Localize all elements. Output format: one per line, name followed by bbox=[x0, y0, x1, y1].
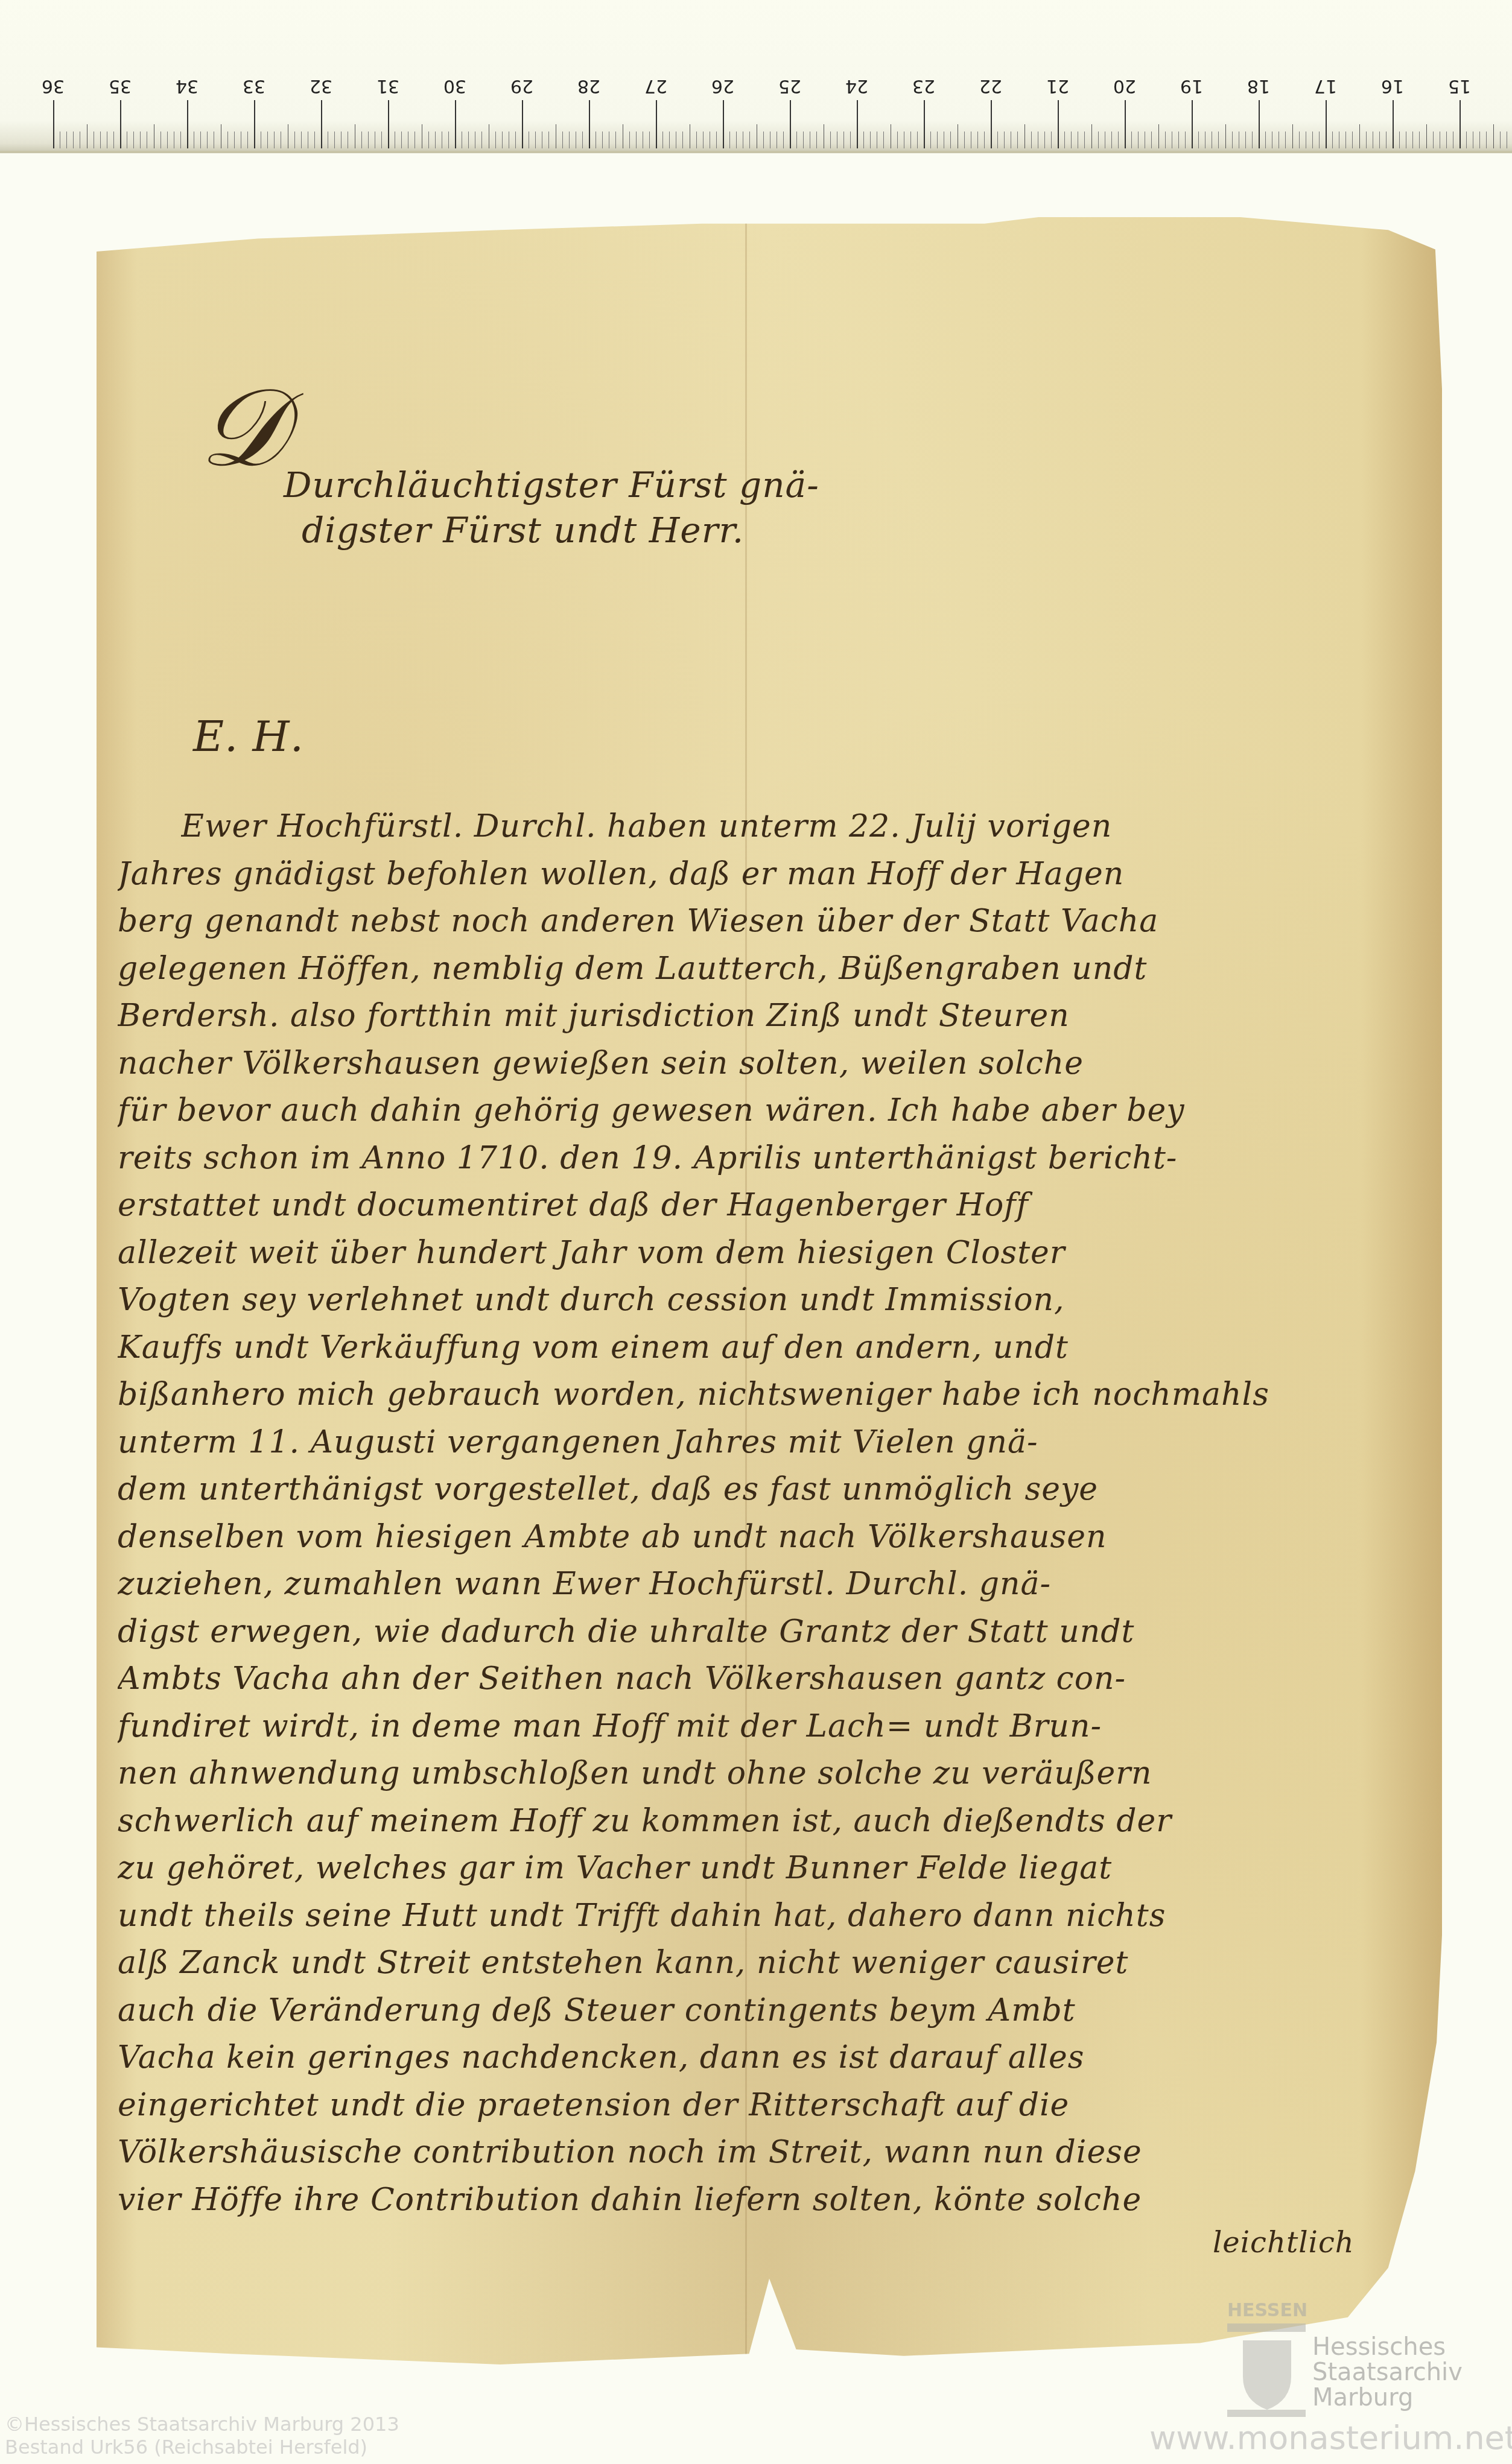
ruler-label: 33 bbox=[242, 75, 266, 97]
ruler-tick bbox=[777, 131, 777, 148]
ruler-tick bbox=[816, 131, 817, 148]
ruler-tick bbox=[529, 131, 529, 148]
collection-notice: Bestand Urk56 (Reichsabtei Hersfeld) bbox=[5, 2436, 367, 2459]
letter-line: alß Zanck undt Streit entstehen kann, ni… bbox=[118, 1945, 1348, 1981]
ruler-label: 17 bbox=[1313, 75, 1338, 97]
ruler-label: 22 bbox=[979, 75, 1003, 97]
ruler-tick bbox=[422, 124, 423, 148]
ruler-tick bbox=[1373, 131, 1373, 148]
ruler-tick bbox=[381, 131, 382, 148]
ruler-tick bbox=[368, 131, 369, 148]
ruler-label: 18 bbox=[1247, 75, 1271, 97]
ruler-tick bbox=[388, 100, 389, 148]
ruler-tick bbox=[154, 124, 155, 148]
ruler-tick bbox=[763, 131, 764, 148]
ruler-tick bbox=[120, 100, 121, 148]
ruler-tick bbox=[1024, 124, 1026, 148]
ruler-tick bbox=[917, 131, 918, 148]
ruler-tick bbox=[743, 131, 743, 148]
ruler-tick bbox=[1306, 131, 1306, 148]
ruler-tick bbox=[180, 131, 181, 148]
letter-line: denselben vom hiesigen Ambte ab undt nac… bbox=[118, 1519, 1348, 1555]
ruler-tick bbox=[428, 131, 429, 148]
ruler-tick bbox=[1131, 131, 1132, 148]
ruler-tick bbox=[783, 131, 784, 148]
measurement-ruler: 3635343332313029282726252423222120191817… bbox=[0, 0, 1512, 153]
ruler-tick bbox=[690, 124, 691, 148]
ruler-tick bbox=[1453, 131, 1453, 148]
ruler-tick bbox=[710, 131, 710, 148]
ruler-tick bbox=[1426, 124, 1428, 148]
ruler-tick bbox=[1386, 131, 1387, 148]
ruler-tick bbox=[435, 131, 436, 148]
ruler-tick bbox=[1078, 131, 1078, 148]
letter-line: Kauffs undt Verkäuffung vom einem auf de… bbox=[118, 1329, 1348, 1366]
ruler-tick bbox=[361, 131, 362, 148]
ruler-tick bbox=[502, 131, 503, 148]
website-watermark: www.monasterium.net bbox=[1149, 2419, 1512, 2457]
ruler-tick bbox=[703, 131, 704, 148]
ruler-label: 20 bbox=[1113, 75, 1137, 97]
ruler-tick bbox=[401, 131, 402, 148]
letter-line: nen ahnwendung umbschloßen undt ohne sol… bbox=[118, 1755, 1348, 1791]
ruler-tick bbox=[676, 131, 676, 148]
ruler-tick bbox=[522, 100, 523, 148]
ruler-tick bbox=[716, 131, 717, 148]
ruler-tick bbox=[830, 131, 831, 148]
ruler-tick bbox=[1031, 131, 1032, 148]
ruler-tick bbox=[53, 100, 54, 148]
ruler-tick bbox=[308, 131, 308, 148]
ruler-tick bbox=[950, 131, 951, 148]
ruler-tick bbox=[1299, 131, 1300, 148]
ruler-tick bbox=[824, 124, 825, 148]
ruler-tick bbox=[1125, 100, 1126, 148]
ruler-tick bbox=[1479, 131, 1480, 148]
ruler-tick bbox=[200, 131, 201, 148]
ruler-tick bbox=[596, 131, 596, 148]
ruler-label: 31 bbox=[376, 75, 400, 97]
watermark-line-2: Staatsarchiv bbox=[1312, 2360, 1463, 2385]
ruler-tick bbox=[355, 124, 356, 148]
ruler-tick bbox=[770, 131, 770, 148]
ruler-tick bbox=[1433, 131, 1434, 148]
ruler-tick bbox=[729, 131, 730, 148]
ruler-tick bbox=[863, 131, 864, 148]
ruler-tick bbox=[1058, 100, 1059, 148]
ruler-tick bbox=[1393, 100, 1394, 148]
ruler-tick bbox=[288, 124, 289, 148]
ruler-tick bbox=[669, 131, 670, 148]
ruler-tick bbox=[375, 131, 375, 148]
ruler-tick bbox=[194, 131, 194, 148]
ruler-tick bbox=[837, 131, 837, 148]
ruler-tick bbox=[1379, 131, 1380, 148]
ruler-tick bbox=[60, 131, 60, 148]
ruler-label: 26 bbox=[711, 75, 735, 97]
ruler-tick bbox=[589, 100, 590, 148]
ruler-tick bbox=[924, 100, 925, 148]
ruler-label: 27 bbox=[644, 75, 668, 97]
ruler-tick bbox=[301, 131, 302, 148]
ruler-tick bbox=[314, 131, 315, 148]
watermark-line-3: Marburg bbox=[1312, 2385, 1413, 2410]
ruler-tick bbox=[234, 131, 235, 148]
ruler-tick bbox=[1493, 124, 1495, 148]
ruler-tick bbox=[1406, 131, 1406, 148]
ruler-tick bbox=[1044, 131, 1045, 148]
ruler-tick bbox=[489, 124, 490, 148]
ruler-tick bbox=[1225, 124, 1227, 148]
ruler-tick bbox=[997, 131, 998, 148]
ruler-tick bbox=[140, 131, 141, 148]
watermark-line-1: Hessisches bbox=[1312, 2334, 1446, 2360]
ruler-tick bbox=[1239, 131, 1239, 148]
ruler-label: 16 bbox=[1380, 75, 1405, 97]
ruler-tick bbox=[334, 131, 335, 148]
ruler-tick bbox=[609, 131, 609, 148]
hessen-archive-logo-icon: HESSEN bbox=[1225, 2298, 1309, 2419]
ruler-tick bbox=[1446, 131, 1447, 148]
letter-line: fundiret wirdt, in deme man Hoff mit der… bbox=[118, 1708, 1348, 1744]
letter-line: unterm 11. Augusti vergangenen Jahres mi… bbox=[118, 1424, 1348, 1460]
ruler-tick bbox=[857, 100, 858, 148]
ruler-tick bbox=[964, 131, 965, 148]
ruler-tick bbox=[984, 131, 985, 148]
ruler-tick bbox=[803, 131, 804, 148]
ruler-tick bbox=[1486, 131, 1487, 148]
ruler-tick bbox=[1285, 131, 1286, 148]
ruler-tick bbox=[133, 131, 134, 148]
ruler-tick bbox=[1165, 131, 1166, 148]
ruler-tick bbox=[241, 131, 241, 148]
ruler-tick bbox=[582, 131, 583, 148]
letter-line: berg genandt nebst noch anderen Wiesen ü… bbox=[118, 903, 1348, 939]
ruler-tick bbox=[1084, 131, 1085, 148]
ruler-tick bbox=[629, 131, 630, 148]
ruler-tick bbox=[1205, 131, 1205, 148]
ruler-tick bbox=[1198, 131, 1199, 148]
ruler-tick bbox=[281, 131, 281, 148]
ruler-tick bbox=[73, 131, 74, 148]
ruler-tick bbox=[448, 131, 449, 148]
ruler-tick bbox=[1507, 131, 1507, 148]
ruler-tick bbox=[1051, 131, 1052, 148]
ruler-tick bbox=[1500, 131, 1501, 148]
ruler-label: 30 bbox=[443, 75, 467, 97]
ruler-tick bbox=[1118, 131, 1119, 148]
ruler-tick bbox=[462, 131, 462, 148]
ruler-tick bbox=[1473, 131, 1473, 148]
ruler-tick bbox=[542, 131, 542, 148]
ruler-tick bbox=[455, 100, 456, 148]
ruler-label: 28 bbox=[577, 75, 601, 97]
ruler-tick bbox=[261, 131, 261, 148]
ruler-tick bbox=[891, 124, 892, 148]
ruler-tick bbox=[107, 131, 107, 148]
ruler-tick bbox=[556, 124, 557, 148]
ruler-tick bbox=[1366, 131, 1367, 148]
logo-label: HESSEN bbox=[1227, 2300, 1307, 2321]
ruler-tick bbox=[1412, 131, 1413, 148]
ruler-label: 36 bbox=[41, 75, 65, 97]
ruler-tick bbox=[971, 131, 971, 148]
ruler-tick bbox=[883, 131, 884, 148]
ruler-tick bbox=[87, 124, 88, 148]
ruler-tick bbox=[1319, 131, 1320, 148]
decorative-initial-d: 𝒟 bbox=[199, 374, 286, 483]
ruler-tick bbox=[1292, 124, 1294, 148]
ruler-label: 21 bbox=[1046, 75, 1070, 97]
letter-line: vier Höffe ihre Contribution dahin liefe… bbox=[118, 2182, 1348, 2218]
ruler-tick bbox=[481, 131, 482, 148]
ruler-tick bbox=[643, 131, 643, 148]
letter-line: Vacha kein geringes nachdencken, dann es… bbox=[118, 2039, 1348, 2076]
ruler-label: 19 bbox=[1180, 75, 1204, 97]
ruler-tick bbox=[796, 131, 797, 148]
ruler-tick bbox=[1038, 131, 1038, 148]
ruler-tick bbox=[623, 124, 624, 148]
letter-line: allezeit weit über hundert Jahr vom dem … bbox=[118, 1235, 1348, 1271]
ruler-tick bbox=[696, 131, 697, 148]
ruler-tick bbox=[187, 100, 188, 148]
ruler-tick bbox=[562, 131, 563, 148]
letter-line: dem unterthänigst vorgestellet, daß es f… bbox=[118, 1471, 1348, 1507]
letter-line: erstattet undt documentiret daß der Hage… bbox=[118, 1187, 1348, 1223]
ruler-tick bbox=[535, 131, 536, 148]
ruler-tick bbox=[274, 131, 275, 148]
ruler-tick bbox=[1098, 131, 1099, 148]
catchword: leichtlich bbox=[1213, 2226, 1355, 2260]
letter-line: schwerlich auf meinem Hoff zu kommen ist… bbox=[118, 1803, 1348, 1839]
letter-line: Jahres gnädigst befohlen wollen, daß er … bbox=[118, 856, 1348, 892]
ruler-tick bbox=[904, 131, 904, 148]
ruler-label: 32 bbox=[309, 75, 333, 97]
ruler-tick bbox=[214, 131, 214, 148]
ruler-tick bbox=[1158, 124, 1160, 148]
letter-line: nacher Völkershausen gewießen sein solte… bbox=[118, 1045, 1348, 1082]
ruler-tick bbox=[1252, 131, 1253, 148]
ruler-tick bbox=[958, 124, 959, 148]
ruler-tick bbox=[977, 131, 978, 148]
ruler-tick bbox=[207, 131, 208, 148]
ruler-tick bbox=[174, 131, 174, 148]
ruler-tick bbox=[937, 131, 938, 148]
ruler-tick bbox=[1064, 131, 1065, 148]
ruler-tick bbox=[1352, 131, 1353, 148]
ruler-tick bbox=[348, 131, 348, 148]
ruler-tick bbox=[548, 131, 549, 148]
ruler-tick bbox=[1185, 131, 1186, 148]
ruler-tick bbox=[649, 131, 650, 148]
ruler-tick bbox=[1332, 131, 1333, 148]
ruler-tick bbox=[468, 131, 469, 148]
ruler-tick bbox=[1111, 131, 1112, 148]
ruler-tick bbox=[1178, 131, 1179, 148]
ruler-tick bbox=[442, 131, 442, 148]
ruler-tick bbox=[1145, 131, 1145, 148]
ruler-tick bbox=[662, 131, 663, 148]
ruler-tick bbox=[569, 131, 570, 148]
ruler-tick bbox=[127, 131, 127, 148]
ruler-tick bbox=[1279, 131, 1279, 148]
ruler-tick bbox=[910, 131, 911, 148]
ruler-tick bbox=[227, 131, 228, 148]
initial-mark: E. H. bbox=[193, 712, 304, 761]
ruler-label: 29 bbox=[510, 75, 534, 97]
ruler-tick bbox=[1245, 131, 1246, 148]
ruler-tick bbox=[415, 131, 415, 148]
ruler-tick bbox=[147, 131, 147, 148]
ruler-tick bbox=[1272, 131, 1272, 148]
ruler-tick bbox=[1399, 131, 1400, 148]
letter-line: undt theils seine Hutt undt Trifft dahin… bbox=[118, 1898, 1348, 1934]
ruler-tick bbox=[113, 131, 114, 148]
ruler-tick bbox=[870, 131, 871, 148]
ruler-tick bbox=[656, 100, 657, 148]
ruler-label: 35 bbox=[108, 75, 132, 97]
ruler-tick bbox=[1172, 131, 1172, 148]
ruler-tick bbox=[944, 131, 944, 148]
ruler-tick bbox=[1091, 124, 1093, 148]
ruler-tick bbox=[682, 131, 683, 148]
ruler-tick bbox=[1312, 131, 1313, 148]
salutation-line-1: Durchläuchtigster Fürst gnä- bbox=[284, 464, 819, 505]
ruler-label: 24 bbox=[845, 75, 869, 97]
ruler-tick bbox=[897, 131, 898, 148]
ruler-tick bbox=[1419, 131, 1420, 148]
ruler-tick bbox=[1105, 131, 1105, 148]
ruler-tick bbox=[167, 131, 168, 148]
ruler-tick bbox=[1265, 131, 1266, 148]
ruler-tick bbox=[1138, 131, 1139, 148]
ruler-tick bbox=[736, 131, 737, 148]
ruler-tick bbox=[615, 131, 616, 148]
letter-line: für bevor auch dahin gehörig gewesen wär… bbox=[118, 1092, 1348, 1129]
ruler-tick bbox=[1440, 131, 1440, 148]
letter-line: Völkershäusische contribution noch im St… bbox=[118, 2134, 1348, 2170]
ruler-tick bbox=[247, 131, 248, 148]
ruler-tick bbox=[1460, 100, 1461, 148]
ruler-tick bbox=[160, 131, 161, 148]
ruler-tick bbox=[1326, 100, 1327, 148]
ruler-tick bbox=[94, 131, 94, 148]
ruler-tick bbox=[930, 131, 931, 148]
ruler-tick bbox=[1339, 131, 1339, 148]
ruler-tick bbox=[328, 131, 328, 148]
ruler-tick bbox=[509, 131, 509, 148]
ruler-tick bbox=[80, 131, 80, 148]
ruler-tick bbox=[749, 131, 750, 148]
ruler-tick bbox=[341, 131, 341, 148]
ruler-tick bbox=[1004, 131, 1005, 148]
ruler-tick bbox=[810, 131, 810, 148]
letter-line: Berdersh. also fortthin mit jurisdiction… bbox=[118, 998, 1348, 1034]
ruler-tick bbox=[1212, 131, 1212, 148]
ruler-tick bbox=[294, 131, 295, 148]
ruler-tick bbox=[408, 131, 408, 148]
ruler-tick bbox=[602, 131, 603, 148]
letter-line: zu gehöret, welches gar im Vacher undt B… bbox=[118, 1850, 1348, 1886]
ruler-tick bbox=[1232, 131, 1233, 148]
ruler-tick bbox=[221, 124, 222, 148]
ruler-tick bbox=[395, 131, 395, 148]
ruler-tick bbox=[1218, 131, 1219, 148]
ruler-tick bbox=[1466, 131, 1467, 148]
letter-line: bißanhero mich gebrauch worden, nichtswe… bbox=[118, 1376, 1348, 1413]
ruler-tick bbox=[1011, 131, 1011, 148]
ruler-tick bbox=[1017, 131, 1018, 148]
ruler-tick bbox=[254, 100, 255, 148]
ruler-tick bbox=[757, 124, 758, 148]
letter-line: Vogten sey verlehnet undt durch cession … bbox=[118, 1282, 1348, 1318]
ruler-tick bbox=[66, 131, 67, 148]
ruler-tick bbox=[1359, 124, 1361, 148]
ruler-tick bbox=[495, 131, 496, 148]
ruler-tick bbox=[1192, 100, 1193, 148]
ruler-tick bbox=[790, 100, 791, 148]
ruler-label: 15 bbox=[1447, 75, 1472, 97]
ruler-label: 23 bbox=[912, 75, 936, 97]
letter-line: eingerichtet undt die praetension der Ri… bbox=[118, 2087, 1348, 2123]
letter-line: Ewer Hochfürstl. Durchl. haben unterm 22… bbox=[181, 808, 1412, 844]
ruler-tick bbox=[1151, 131, 1152, 148]
ruler-tick bbox=[850, 131, 851, 148]
ruler-tick bbox=[576, 131, 576, 148]
ruler-tick bbox=[100, 131, 101, 148]
ruler-label: 34 bbox=[175, 75, 199, 97]
ruler-label: 25 bbox=[778, 75, 802, 97]
copyright-notice: ©Hessisches Staatsarchiv Marburg 2013 bbox=[5, 2413, 399, 2436]
ruler-tick bbox=[1259, 100, 1260, 148]
salutation-line-2: digster Fürst undt Herr. bbox=[302, 510, 744, 551]
ruler-tick bbox=[1345, 131, 1346, 148]
ruler-tick bbox=[1071, 131, 1072, 148]
ruler-tick bbox=[267, 131, 268, 148]
ruler-tick bbox=[723, 100, 724, 148]
letter-line: zuziehen, zumahlen wann Ewer Hochfürstl.… bbox=[118, 1566, 1348, 1602]
letter-line: Ambts Vacha ahn der Seithen nach Völkers… bbox=[118, 1661, 1348, 1697]
letter-line: auch die Veränderung deß Steuer continge… bbox=[118, 1992, 1348, 2029]
ruler-tick bbox=[321, 100, 322, 148]
letter-line: reits schon im Anno 1710. den 19. Aprili… bbox=[118, 1140, 1348, 1176]
ruler-tick bbox=[515, 131, 516, 148]
ruler-tick bbox=[843, 131, 844, 148]
letter-line: digst erwegen, wie dadurch die uhralte G… bbox=[118, 1614, 1348, 1650]
ruler-tick bbox=[475, 131, 475, 148]
ruler-tick bbox=[636, 131, 637, 148]
ruler-tick bbox=[991, 100, 992, 148]
ruler-tick bbox=[877, 131, 877, 148]
letter-line: gelegenen Höffen, nemblig dem Lautterch,… bbox=[118, 951, 1348, 987]
